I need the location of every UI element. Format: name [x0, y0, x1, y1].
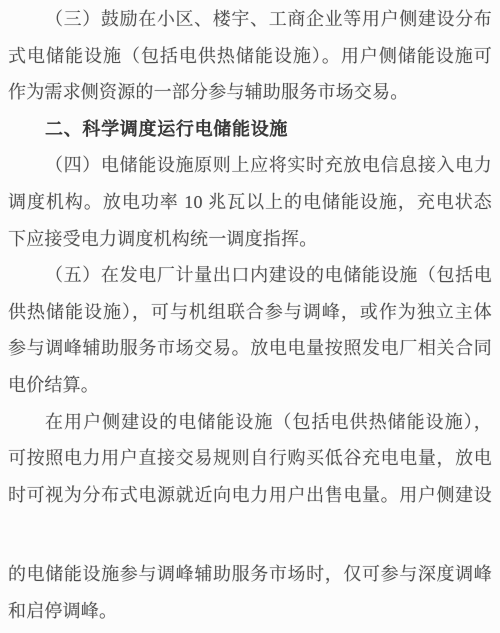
- text-line: （三）鼓励在小区、楼宇、工商企业等用户侧建设分布: [8, 1, 492, 38]
- text-line: 下应接受电力调度机构统一调度指挥。: [8, 221, 492, 258]
- text-line: 电价结算。: [8, 367, 492, 404]
- text-line: 和启停调峰。: [8, 593, 492, 630]
- text-line: 式电储能设施（包括电供热储能设施）。用户侧储能设施可: [8, 38, 492, 75]
- text-line: 在用户侧建设的电储能设施（包括电供热储能设施），: [8, 404, 492, 441]
- text-line: 的电储能设施参与调峰辅助服务市场时，仅可参与深度调峰: [8, 556, 492, 593]
- text-line: （五）在发电厂计量出口内建设的电储能设施（包括电: [8, 257, 492, 294]
- text-line: 可按照电力用户直接交易规则自行购买低谷充电电量，放电: [8, 440, 492, 477]
- text-line: 参与调峰辅助服务市场交易。放电电量按照发电厂相关合同: [8, 330, 492, 367]
- text-line: （四）电储能设施原则上应将实时充放电信息接入电力: [8, 147, 492, 184]
- text-line: 供热储能设施），可与机组联合参与调峰，或作为独立主体: [8, 294, 492, 331]
- text-line: 时可视为分布式电源就近向电力用户出售电量。用户侧建设: [8, 477, 492, 514]
- document-page: （三）鼓励在小区、楼宇、工商企业等用户侧建设分布 式电储能设施（包括电供热储能设…: [0, 0, 500, 633]
- text-line: 作为需求侧资源的一部分参与辅助服务市场交易。: [8, 74, 492, 111]
- section-heading: 二、科学调度运行电储能设施: [8, 111, 492, 148]
- text-line: 调度机构。放电功率 10 兆瓦以上的电储能设施，充电状态: [8, 184, 492, 221]
